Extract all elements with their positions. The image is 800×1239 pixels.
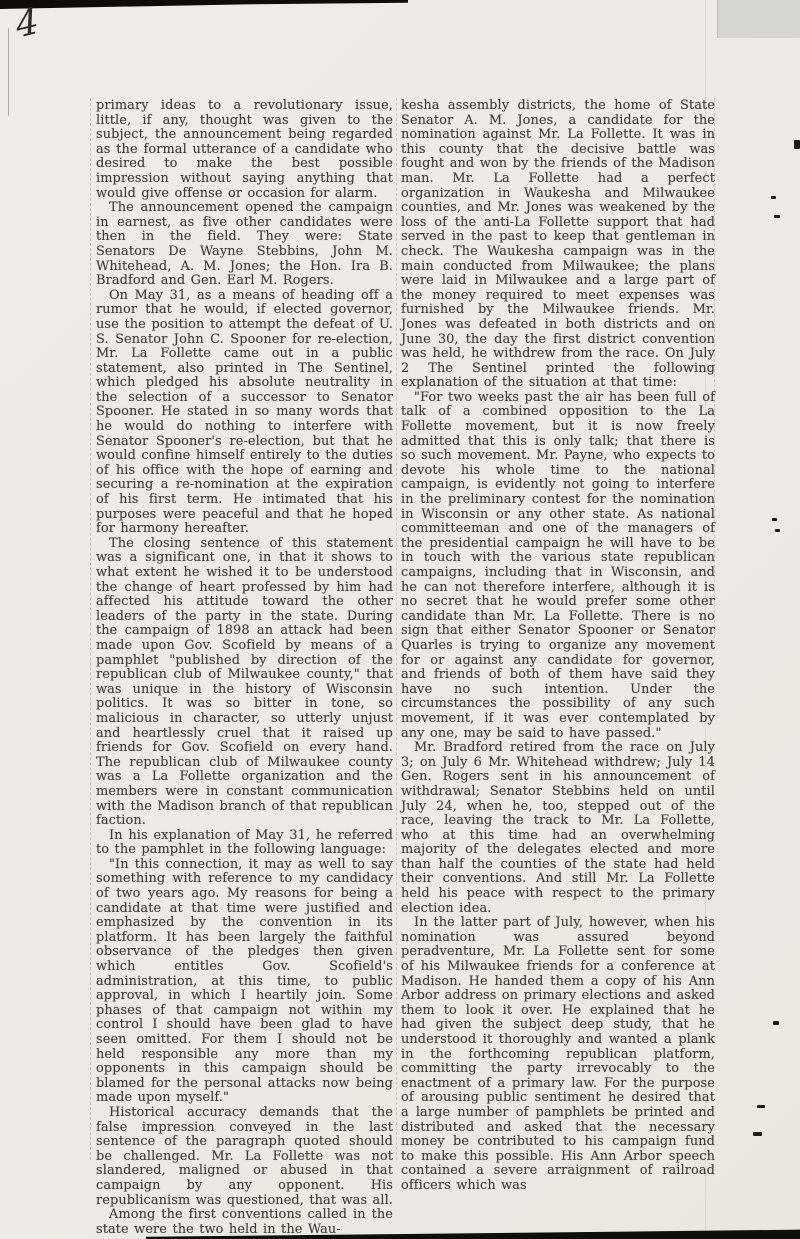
handwritten-page-number: 4: [14, 3, 41, 44]
left-column: primary ideas to a revolutionary issue, …: [96, 99, 393, 1237]
scan-artifact-top-strip: [0, 0, 408, 9]
paragraph: The announcement opened the campaign in …: [96, 201, 393, 289]
scan-artifact-speck: [774, 215, 780, 218]
paragraph: Mr. Bradford retired from the race on Ju…: [401, 741, 715, 916]
scan-artifact-left-edge-line: [8, 28, 9, 116]
scanned-newspaper-page: 4 primary ideas to a revolutionary issue…: [0, 0, 800, 1239]
right-column: kesha assembly districts, the home of St…: [401, 99, 715, 1194]
paragraph: Historical accuracy demands that the fal…: [96, 1106, 393, 1208]
column-rule-middle: [396, 98, 397, 1160]
scan-artifact-speck: [773, 1021, 779, 1025]
scan-artifact-speck: [757, 1105, 765, 1108]
paragraph: kesha assembly districts, the home of St…: [401, 99, 715, 391]
paragraph: In his explanation of May 31, he referre…: [96, 829, 393, 858]
scan-artifact-speck: [772, 518, 777, 521]
paragraph: Among the first conventions called in th…: [96, 1208, 393, 1237]
scan-artifact-top-right-patch: [717, 0, 800, 38]
scan-artifact-speck: [771, 196, 776, 199]
paragraph: On May 31, as a means of heading off a r…: [96, 289, 393, 537]
scan-artifact-speck: [794, 140, 800, 149]
paragraph: "In this connection, it may as well to s…: [96, 858, 393, 1106]
paragraph: "For two weeks past the air has been ful…: [401, 391, 715, 741]
paragraph: The closing sentence of this statement w…: [96, 537, 393, 829]
paragraph: In the latter part of July, however, whe…: [401, 916, 715, 1193]
column-rule-left: [90, 98, 91, 1160]
scan-artifact-speck: [775, 529, 780, 532]
paragraph: primary ideas to a revolutionary issue, …: [96, 99, 393, 201]
scan-artifact-speck: [753, 1132, 762, 1136]
